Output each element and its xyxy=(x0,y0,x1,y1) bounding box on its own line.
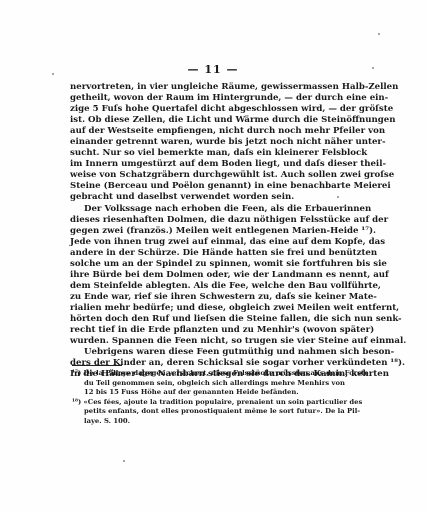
scan-speck xyxy=(378,33,380,35)
footnote-line: petits enfants, dont elles pronostiquaie… xyxy=(72,407,323,417)
footnote-line: ¹⁷) De la Pillaye dagegen versichert, di… xyxy=(72,369,323,379)
text-line: ihre Bürde bei dem Dolmen oder, wie der … xyxy=(70,270,323,281)
text-line: einander getrennt waren, wurde bis jetzt… xyxy=(70,137,323,148)
text-line: gebracht und daselbst verwendet worden s… xyxy=(70,192,323,203)
footnote-line: ¹⁸) «Ces fées, ajoute la tradition popul… xyxy=(72,398,323,408)
footnote-line: 12 bis 15 Fuss Höhe auf der genannten He… xyxy=(72,388,323,398)
footnote-18: ¹⁸) «Ces fées, ajoute la tradition popul… xyxy=(72,398,323,427)
scan-speck xyxy=(337,196,339,198)
footnote-17: ¹⁷) De la Pillaye dagegen versichert, di… xyxy=(72,369,323,398)
footnote-line: laye. S. 100. xyxy=(72,417,323,427)
footnote-separator-rule xyxy=(72,365,122,366)
text-line: ist. Ob diese Zellen, die Licht und Wärm… xyxy=(70,115,323,126)
text-line: gegen zwei (französ.) Meilen weit entleg… xyxy=(70,226,323,237)
page-number: — 11 — xyxy=(0,63,426,76)
text-line: wurden. Spannen die Feen nicht, so truge… xyxy=(70,336,323,347)
text-line: dieses riesenhaften Dolmen, die dazu nöt… xyxy=(70,215,323,226)
text-line: sucht. Nur so viel bemerkte man, daſs ei… xyxy=(70,148,323,159)
text-line: Uebrigens waren diese Feen gutmüthig und… xyxy=(70,347,323,358)
text-line: hörten doch den Ruf und lieſsen die Stei… xyxy=(70,314,323,325)
text-line: ders der Kinder an, deren Schicksal sie … xyxy=(70,358,323,369)
text-line: weise von Schatzgräbern durchgewühlt ist… xyxy=(70,170,323,181)
text-line: Steine (Berceau und Poëlon genannt) in e… xyxy=(70,181,323,192)
text-line: Jede von ihnen trug zwei auf einmal, das… xyxy=(70,237,323,248)
text-line: zu Ende war, rief sie ihren Schwestern z… xyxy=(70,292,323,303)
scan-speck xyxy=(372,67,374,69)
scan-speck xyxy=(52,73,54,75)
text-line: solche um an der Spindel zu spinnen, wom… xyxy=(70,259,323,270)
text-line: getheilt, wovon der Raum im Hintergrunde… xyxy=(70,93,323,104)
text-line: recht tief in die Erde pflanzten und zu … xyxy=(70,325,323,336)
scan-speck xyxy=(123,460,125,462)
text-line: rialien mehr bedürfe; und diese, obgleic… xyxy=(70,303,323,314)
footnote-line: du Teil genommen sein, obgleich sich all… xyxy=(72,379,323,389)
text-line: andere in der Schürze. Die Hände hatten … xyxy=(70,248,323,259)
footnotes: ¹⁷) De la Pillaye dagegen versichert, di… xyxy=(72,369,323,426)
text-line: auf der Westseite empfiengen, nicht durc… xyxy=(70,126,323,137)
body-text: nervortreten, in vier ungleiche Räume, g… xyxy=(70,82,323,380)
text-line: zige 5 Fuſs hohe Quertafel dicht abgesch… xyxy=(70,104,323,115)
book-page: — 11 — nervortreten, in vier ungleiche R… xyxy=(0,0,426,512)
text-line: dem Steinfelde ablegten. Als die Fee, we… xyxy=(70,281,323,292)
text-line: im Innern umgestürzt auf dem Boden liegt… xyxy=(70,159,323,170)
text-line: Der Volkssage nach erhoben die Feen, als… xyxy=(70,204,323,215)
text-line: nervortreten, in vier ungleiche Räume, g… xyxy=(70,82,323,93)
